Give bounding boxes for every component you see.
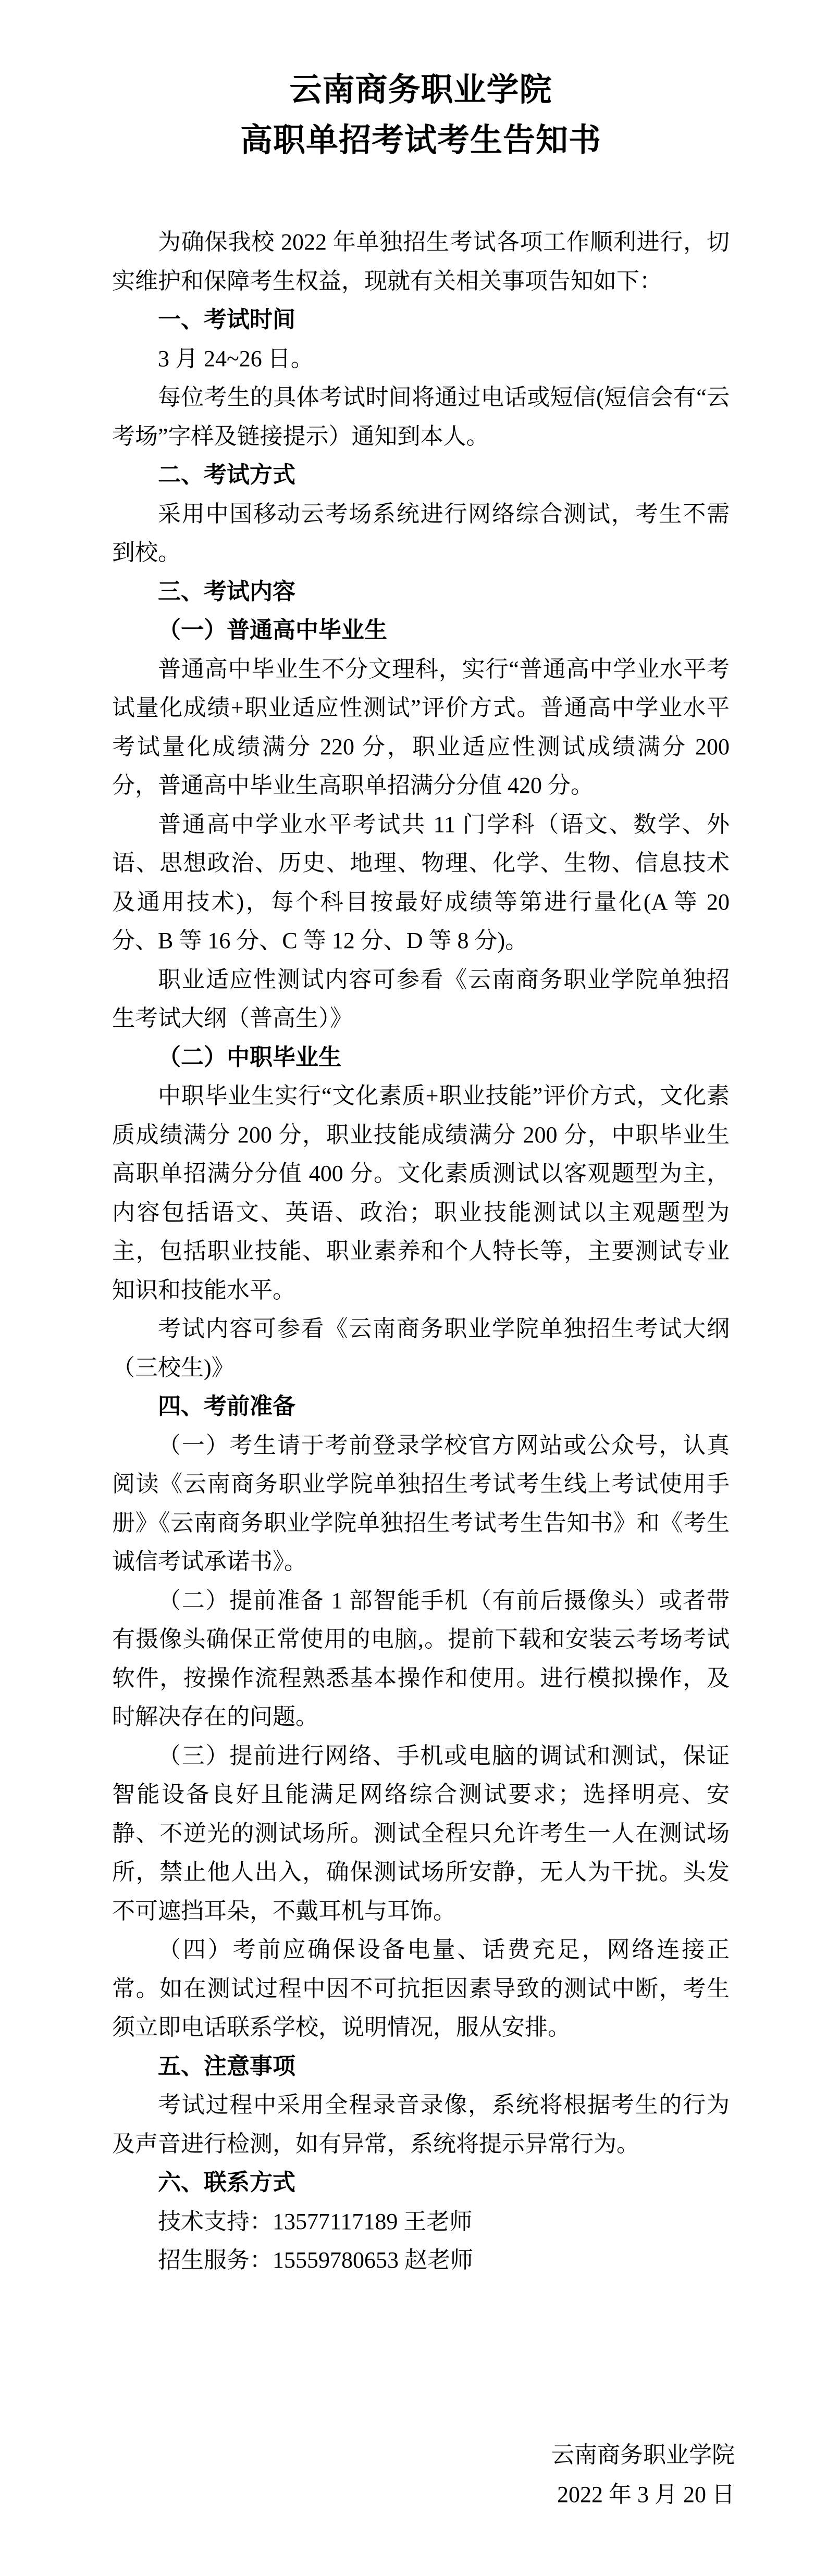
regular-hs-scoring-paragraph: 普通高中毕业生不分文理科，实行“普通高中学业水平考试量化成绩+职业适应性测试”评…: [112, 650, 730, 805]
signature-block: 云南商务职业学院 2022 年 3 月 20 日: [551, 2435, 735, 2515]
exam-date-paragraph: 3 月 24~26 日。: [112, 340, 730, 379]
vocational-syllabus-paragraph: 考试内容可参看《云南商务职业学院单独招生考试大纲（三校生)》: [112, 1310, 730, 1387]
section-3-heading-exam-content: 三、考试内容: [112, 573, 730, 612]
exam-method-paragraph: 采用中国移动云考场系统进行网络综合测试，考生不需到校。: [112, 495, 730, 573]
monitoring-notice-paragraph: 考试过程中采用全程录音录像，系统将根据考生的行为及声音进行检测，如有异常，系统将…: [112, 2086, 730, 2163]
subheading-vocational-graduates: （二）中职毕业生: [112, 1038, 730, 1077]
section-5-heading-notes: 五、注意事项: [112, 2047, 730, 2086]
section-4-heading-preparation: 四、考前准备: [112, 1387, 730, 1426]
subheading-regular-hs-graduates: （一）普通高中毕业生: [112, 611, 730, 650]
section-1-heading-exam-time: 一、考试时间: [112, 301, 730, 340]
section-2-heading-exam-method: 二、考试方式: [112, 456, 730, 495]
document-page: 云南商务职业学院 高职单招考试考生告知书 为确保我校 2022 年单独招生考试各…: [0, 0, 827, 2576]
exam-time-notice-paragraph: 每位考生的具体考试时间将通过电话或短信(短信会有“云考场”字样及链接提示）通知到…: [112, 378, 730, 456]
document-title-line2: 高职单招考试考生告知书: [112, 116, 730, 166]
vocational-scoring-paragraph: 中职毕业生实行“文化素质+职业技能”评价方式，文化素质成绩满分 200 分，职业…: [112, 1077, 730, 1310]
preparation-item-4-paragraph: （四）考前应确保设备电量、话费充足，网络连接正常。如在测试过程中因不可抗拒因素导…: [112, 1931, 730, 2047]
preparation-item-3-paragraph: （三）提前进行网络、手机或电脑的调试和测试，保证智能设备良好且能满足网络综合测试…: [112, 1737, 730, 1931]
document-title-line1: 云南商务职业学院: [112, 65, 730, 116]
contact-tech-support: 技术支持：13577117189 王老师: [112, 2202, 730, 2242]
signature-school-name: 云南商务职业学院: [551, 2435, 735, 2475]
document-body: 为确保我校 2022 年单独招生考试各项工作顺利进行，切实维护和保障考生权益，现…: [112, 223, 730, 2280]
aptitude-test-syllabus-paragraph: 职业适应性测试内容可参看《云南商务职业学院单独招生考试大纲（普高生）》: [112, 961, 730, 1038]
preparation-item-1-paragraph: （一）考生请于考前登录学校官方网站或公众号，认真阅读《云南商务职业学院单独招生考…: [112, 1426, 730, 1582]
signature-date: 2022 年 3 月 20 日: [551, 2475, 735, 2515]
document-title: 云南商务职业学院 高职单招考试考生告知书: [112, 65, 730, 166]
section-6-heading-contact: 六、联系方式: [112, 2163, 730, 2202]
intro-paragraph: 为确保我校 2022 年单独招生考试各项工作顺利进行，切实维护和保障考生权益，现…: [112, 223, 730, 301]
preparation-item-2-paragraph: （二）提前准备 1 部智能手机（有前后摄像头）或者带有摄像头确保正常使用的电脑,…: [112, 1582, 730, 1737]
regular-hs-subjects-paragraph: 普通高中学业水平考试共 11 门学科（语文、数学、外语、思想政治、历史、地理、物…: [112, 805, 730, 961]
contact-admissions-service: 招生服务：15559780653 赵老师: [112, 2241, 730, 2280]
